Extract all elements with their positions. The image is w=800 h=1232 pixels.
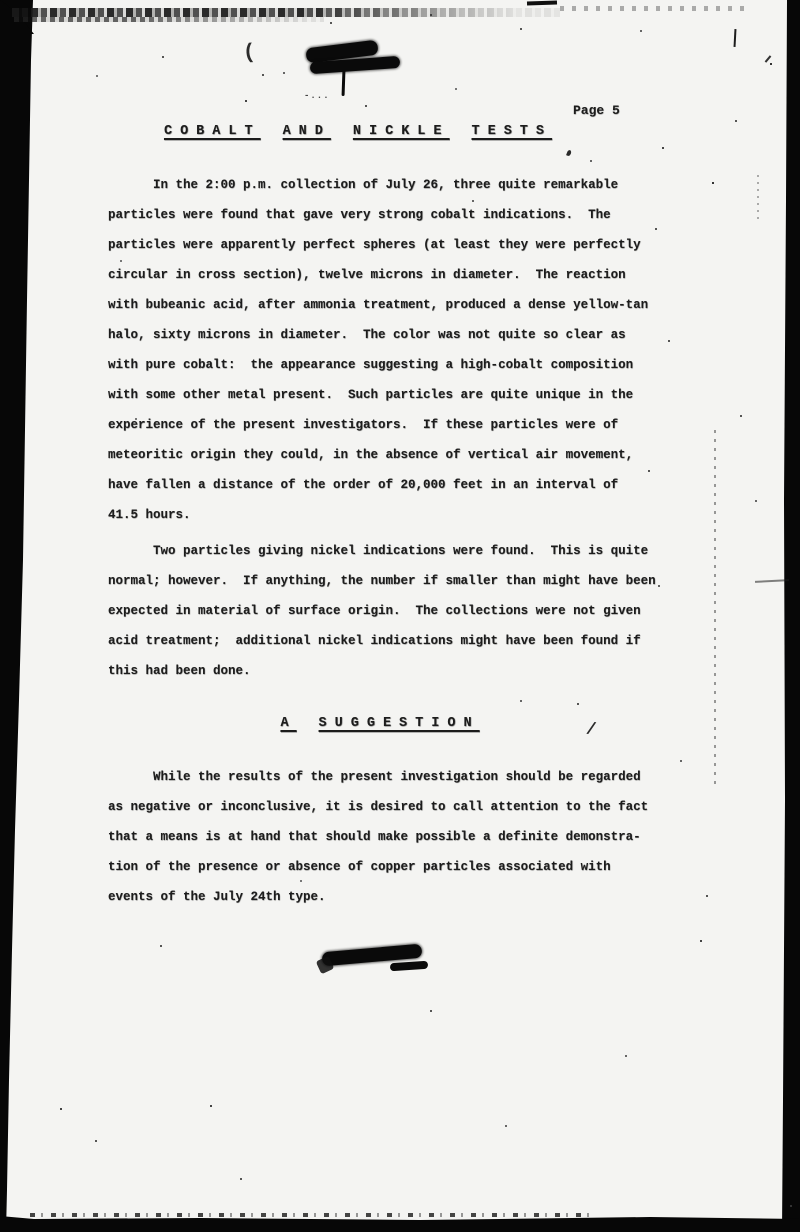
text-line: normal; however. If anything, the number…: [108, 566, 688, 596]
scanned-document-page: ( -... / Page 5 COBALTANDNICKLETESTS In …: [0, 0, 800, 1232]
text-line: particles were apparently perfect sphere…: [108, 230, 688, 260]
text-line: meteoritic origin they could, in the abs…: [108, 440, 688, 470]
heading-word: A: [280, 716, 296, 731]
typewritten-content: Page 5 COBALTANDNICKLETESTS In the 2:00 …: [0, 0, 800, 1232]
text-line: events of the July 24th type.: [108, 882, 688, 912]
text-line: with bubeanic acid, after ammonia treatm…: [108, 290, 688, 320]
page-number: Page 5: [573, 103, 620, 118]
text-line: halo, sixty microns in diameter. The col…: [108, 320, 688, 350]
text-line: that a means is at hand that should make…: [108, 822, 688, 852]
section-heading-a-suggestion: ASUGGESTION: [110, 716, 650, 731]
text-line: experience of the present investigators.…: [108, 410, 688, 440]
text-line: as negative or inconclusive, it is desir…: [108, 792, 688, 822]
heading-word: COBALT: [164, 124, 261, 139]
heading-word: TESTS: [472, 124, 553, 139]
heading-word: NICKLE: [353, 124, 450, 139]
text-line: particles were found that gave very stro…: [108, 200, 688, 230]
text-line: with some other metal present. Such part…: [108, 380, 688, 410]
text-line: While the results of the present investi…: [108, 762, 688, 792]
text-line: expected in material of surface origin. …: [108, 596, 688, 626]
heading-word: SUGGESTION: [319, 716, 480, 731]
heading-word: AND: [283, 124, 331, 139]
section-heading-cobalt-and-nickle-tests: COBALTANDNICKLETESTS: [88, 124, 628, 139]
text-line: acid treatment; additional nickel indica…: [108, 626, 688, 656]
text-line: with pure cobalt: the appearance suggest…: [108, 350, 688, 380]
text-line: tion of the presence or absence of coppe…: [108, 852, 688, 882]
text-line: have fallen a distance of the order of 2…: [108, 470, 688, 500]
text-line: this had been done.: [108, 656, 688, 686]
paragraph-suggestion: While the results of the present investi…: [108, 762, 688, 912]
text-line: circular in cross section), twelve micro…: [108, 260, 688, 290]
text-line: In the 2:00 p.m. collection of July 26, …: [108, 170, 688, 200]
paragraph-nickel-findings: Two particles giving nickel indications …: [108, 536, 688, 686]
paragraph-cobalt-findings: In the 2:00 p.m. collection of July 26, …: [108, 170, 688, 530]
text-line: Two particles giving nickel indications …: [108, 536, 688, 566]
text-line: 41.5 hours.: [108, 500, 688, 530]
